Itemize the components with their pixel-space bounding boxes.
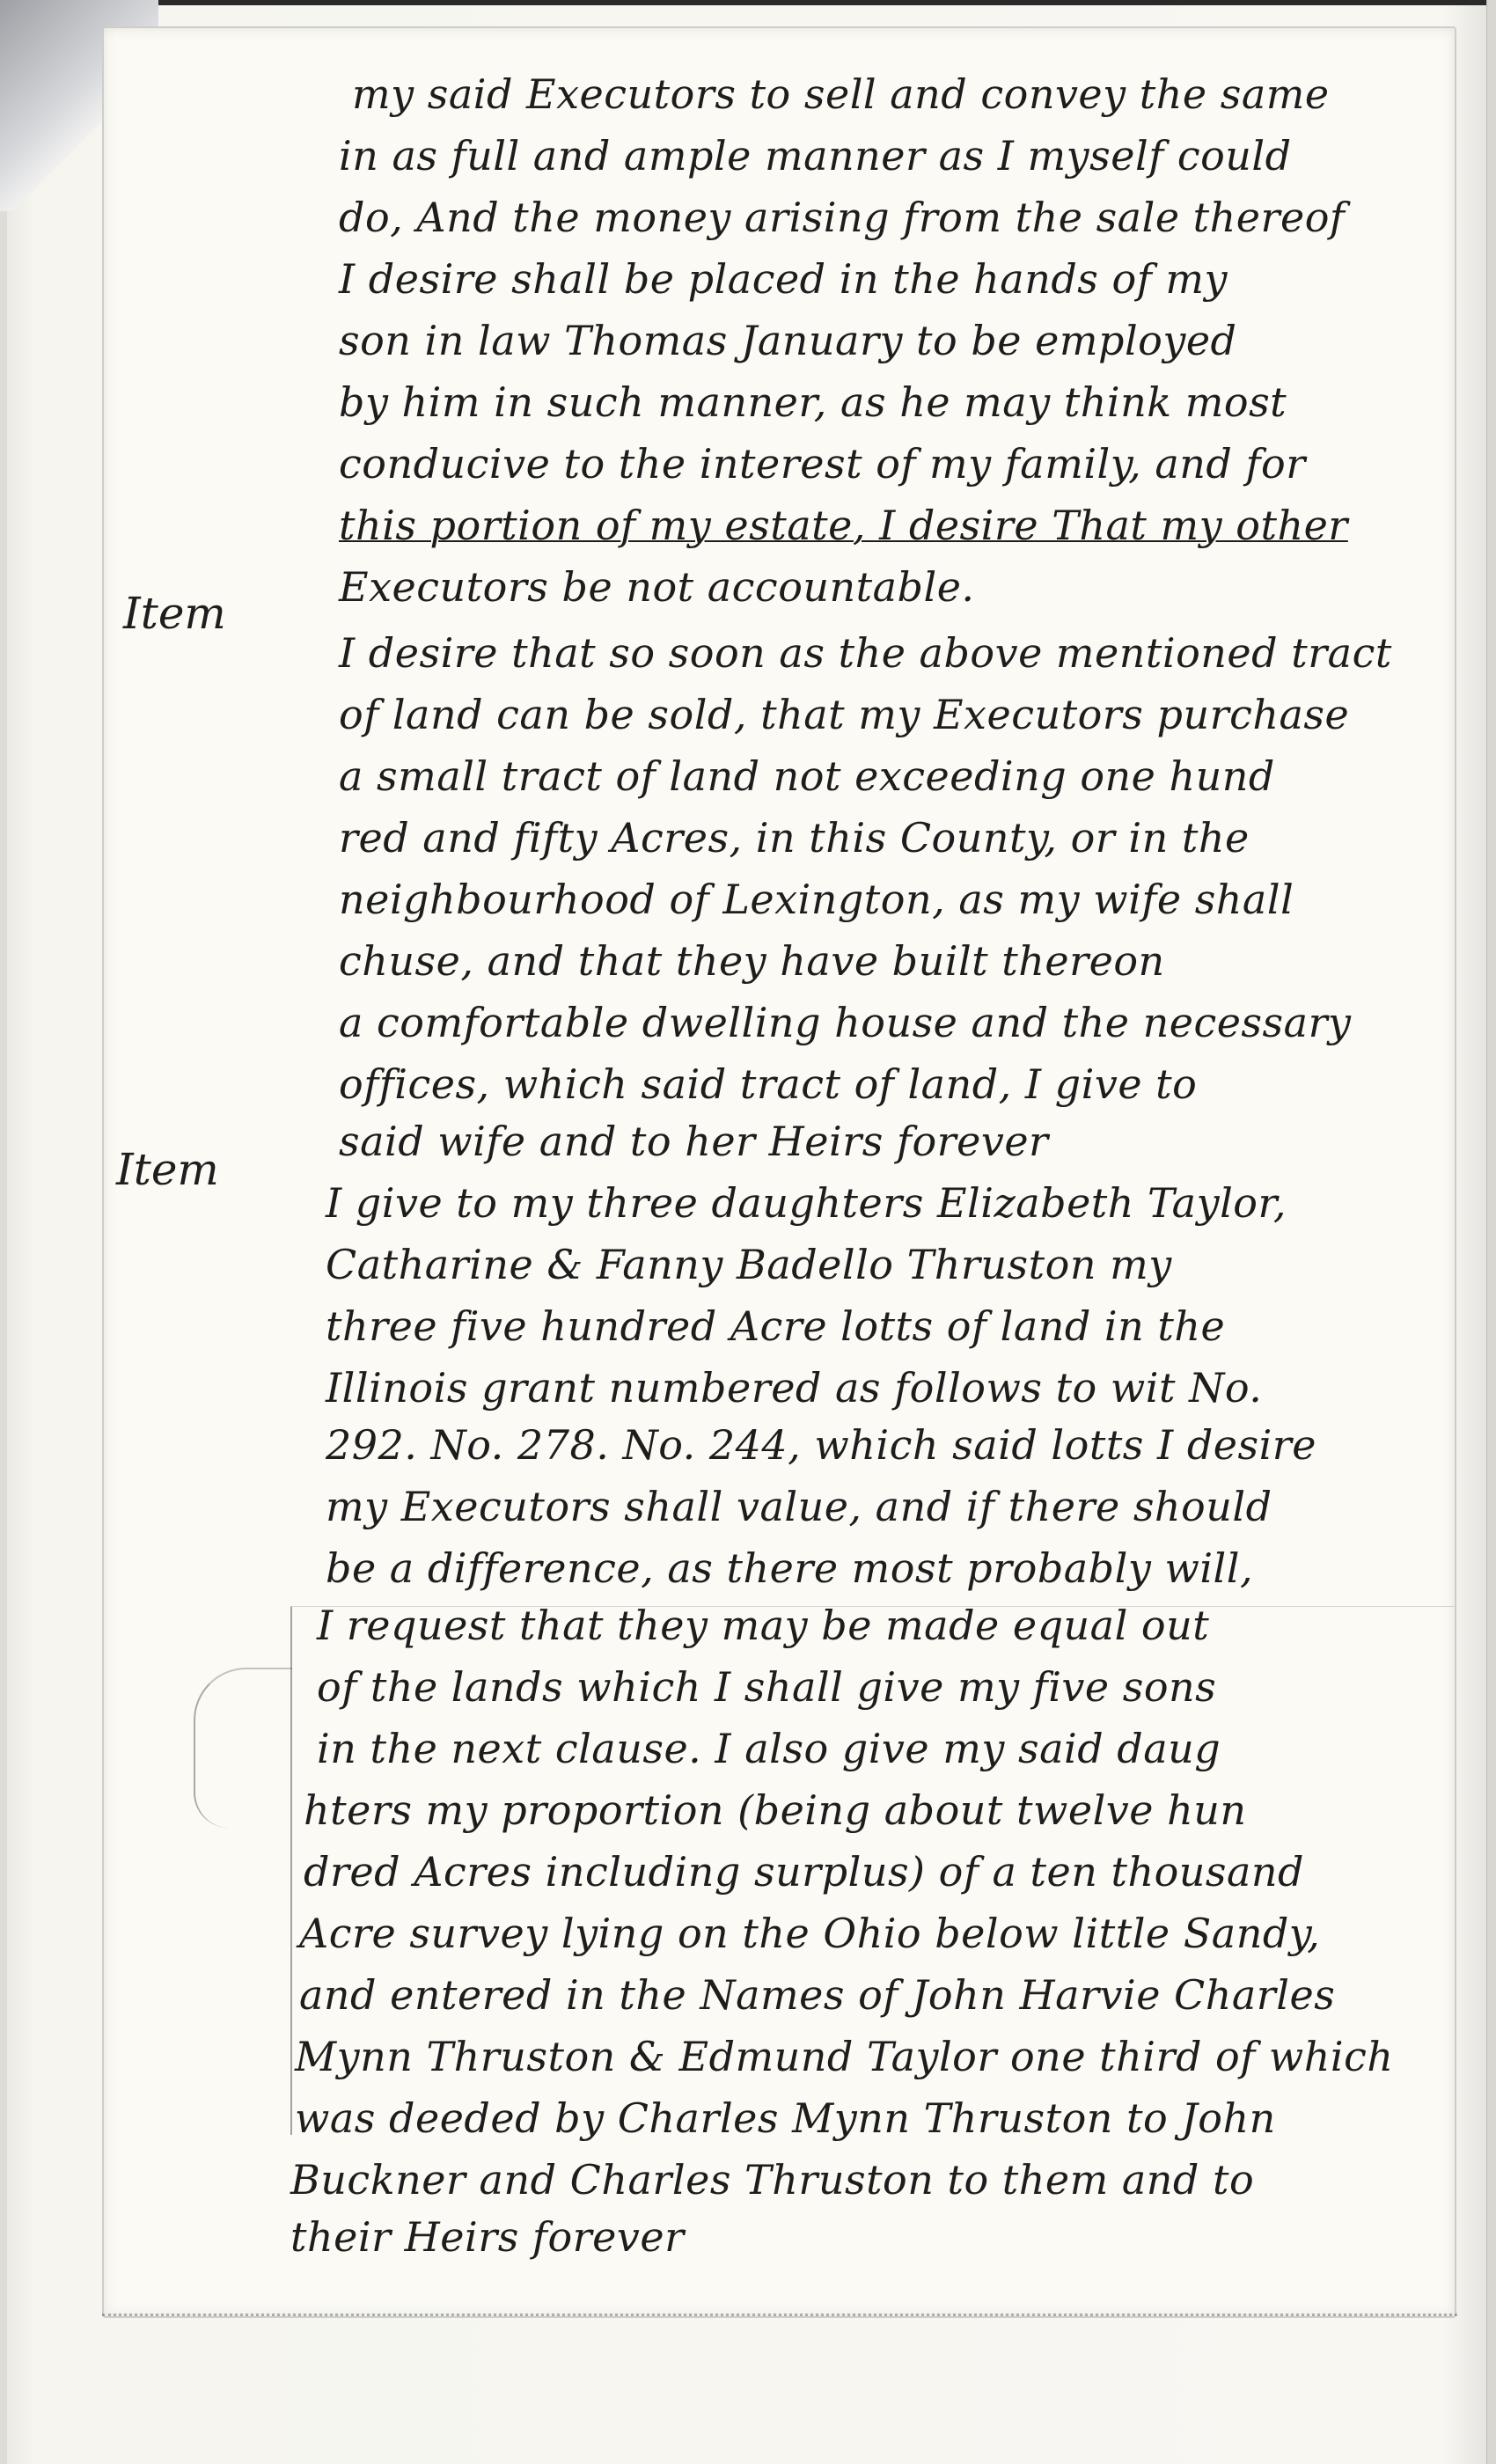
text-line: son in law Thomas January to be employed bbox=[339, 317, 1237, 364]
manuscript-text: my said Executors to sell and convey the… bbox=[0, 0, 1496, 2464]
text-line: dred Acres including surplus) of a ten t… bbox=[304, 1848, 1304, 1896]
text-line: said wife and to her Heirs forever bbox=[339, 1118, 1049, 1165]
text-line: red and fifty Acres, in this County, or … bbox=[339, 814, 1250, 862]
text-line: conducive to the interest of my family, … bbox=[339, 440, 1306, 488]
text-line: a comfortable dwelling house and the nec… bbox=[339, 999, 1352, 1046]
text-line: was deeded by Charles Mynn Thruston to J… bbox=[295, 2094, 1276, 2142]
text-line: Illinois grant numbered as follows to wi… bbox=[326, 1364, 1262, 1412]
text-line: in as full and ample manner as I myself … bbox=[339, 132, 1292, 180]
text-line: 292. No. 278. No. 244, which said lotts … bbox=[326, 1421, 1316, 1469]
text-line: neighbourhood of Lexington, as my wife s… bbox=[339, 876, 1294, 923]
text-line: I give to my three daughters Elizabeth T… bbox=[326, 1179, 1287, 1227]
text-line: I desire that so soon as the above menti… bbox=[339, 629, 1392, 677]
text-line: this portion of my estate, I desire That… bbox=[339, 502, 1348, 549]
text-line: hters my proportion (being about twelve … bbox=[304, 1786, 1247, 1834]
text-line: of land can be sold, that my Executors p… bbox=[339, 691, 1349, 738]
text-line: Executors be not accountable. bbox=[339, 563, 975, 611]
text-line: do, And the money arising from the sale … bbox=[339, 194, 1345, 241]
text-line: their Heirs forever bbox=[290, 2213, 685, 2261]
text-line: be a difference, as there most probably … bbox=[326, 1544, 1253, 1592]
text-line: Catharine & Fanny Badello Thruston my bbox=[326, 1241, 1172, 1288]
text-line: and entered in the Names of John Harvie … bbox=[299, 1971, 1335, 2019]
text-line: Buckner and Charles Thruston to them and… bbox=[290, 2156, 1254, 2204]
text-line: I request that they may be made equal ou… bbox=[317, 1602, 1209, 1649]
text-line: I desire shall be placed in the hands of… bbox=[339, 255, 1228, 303]
text-line: in the next clause. I also give my said … bbox=[317, 1725, 1221, 1772]
text-line: of the lands which I shall give my five … bbox=[317, 1663, 1216, 1711]
text-line: a small tract of land not exceeding one … bbox=[339, 752, 1275, 800]
text-line: my Executors shall value, and if there s… bbox=[326, 1483, 1272, 1530]
text-line: chuse, and that they have built thereon bbox=[339, 937, 1165, 985]
text-line: Mynn Thruston & Edmund Taylor one third … bbox=[295, 2033, 1393, 2080]
text-line: by him in such manner, as he may think m… bbox=[339, 378, 1287, 426]
text-line: offices, which said tract of land, I giv… bbox=[339, 1060, 1197, 1108]
text-line: Acre survey lying on the Ohio below litt… bbox=[299, 1910, 1320, 1957]
text-line: three five hundred Acre lotts of land in… bbox=[326, 1302, 1225, 1350]
text-line: my said Executors to sell and convey the… bbox=[352, 70, 1330, 118]
